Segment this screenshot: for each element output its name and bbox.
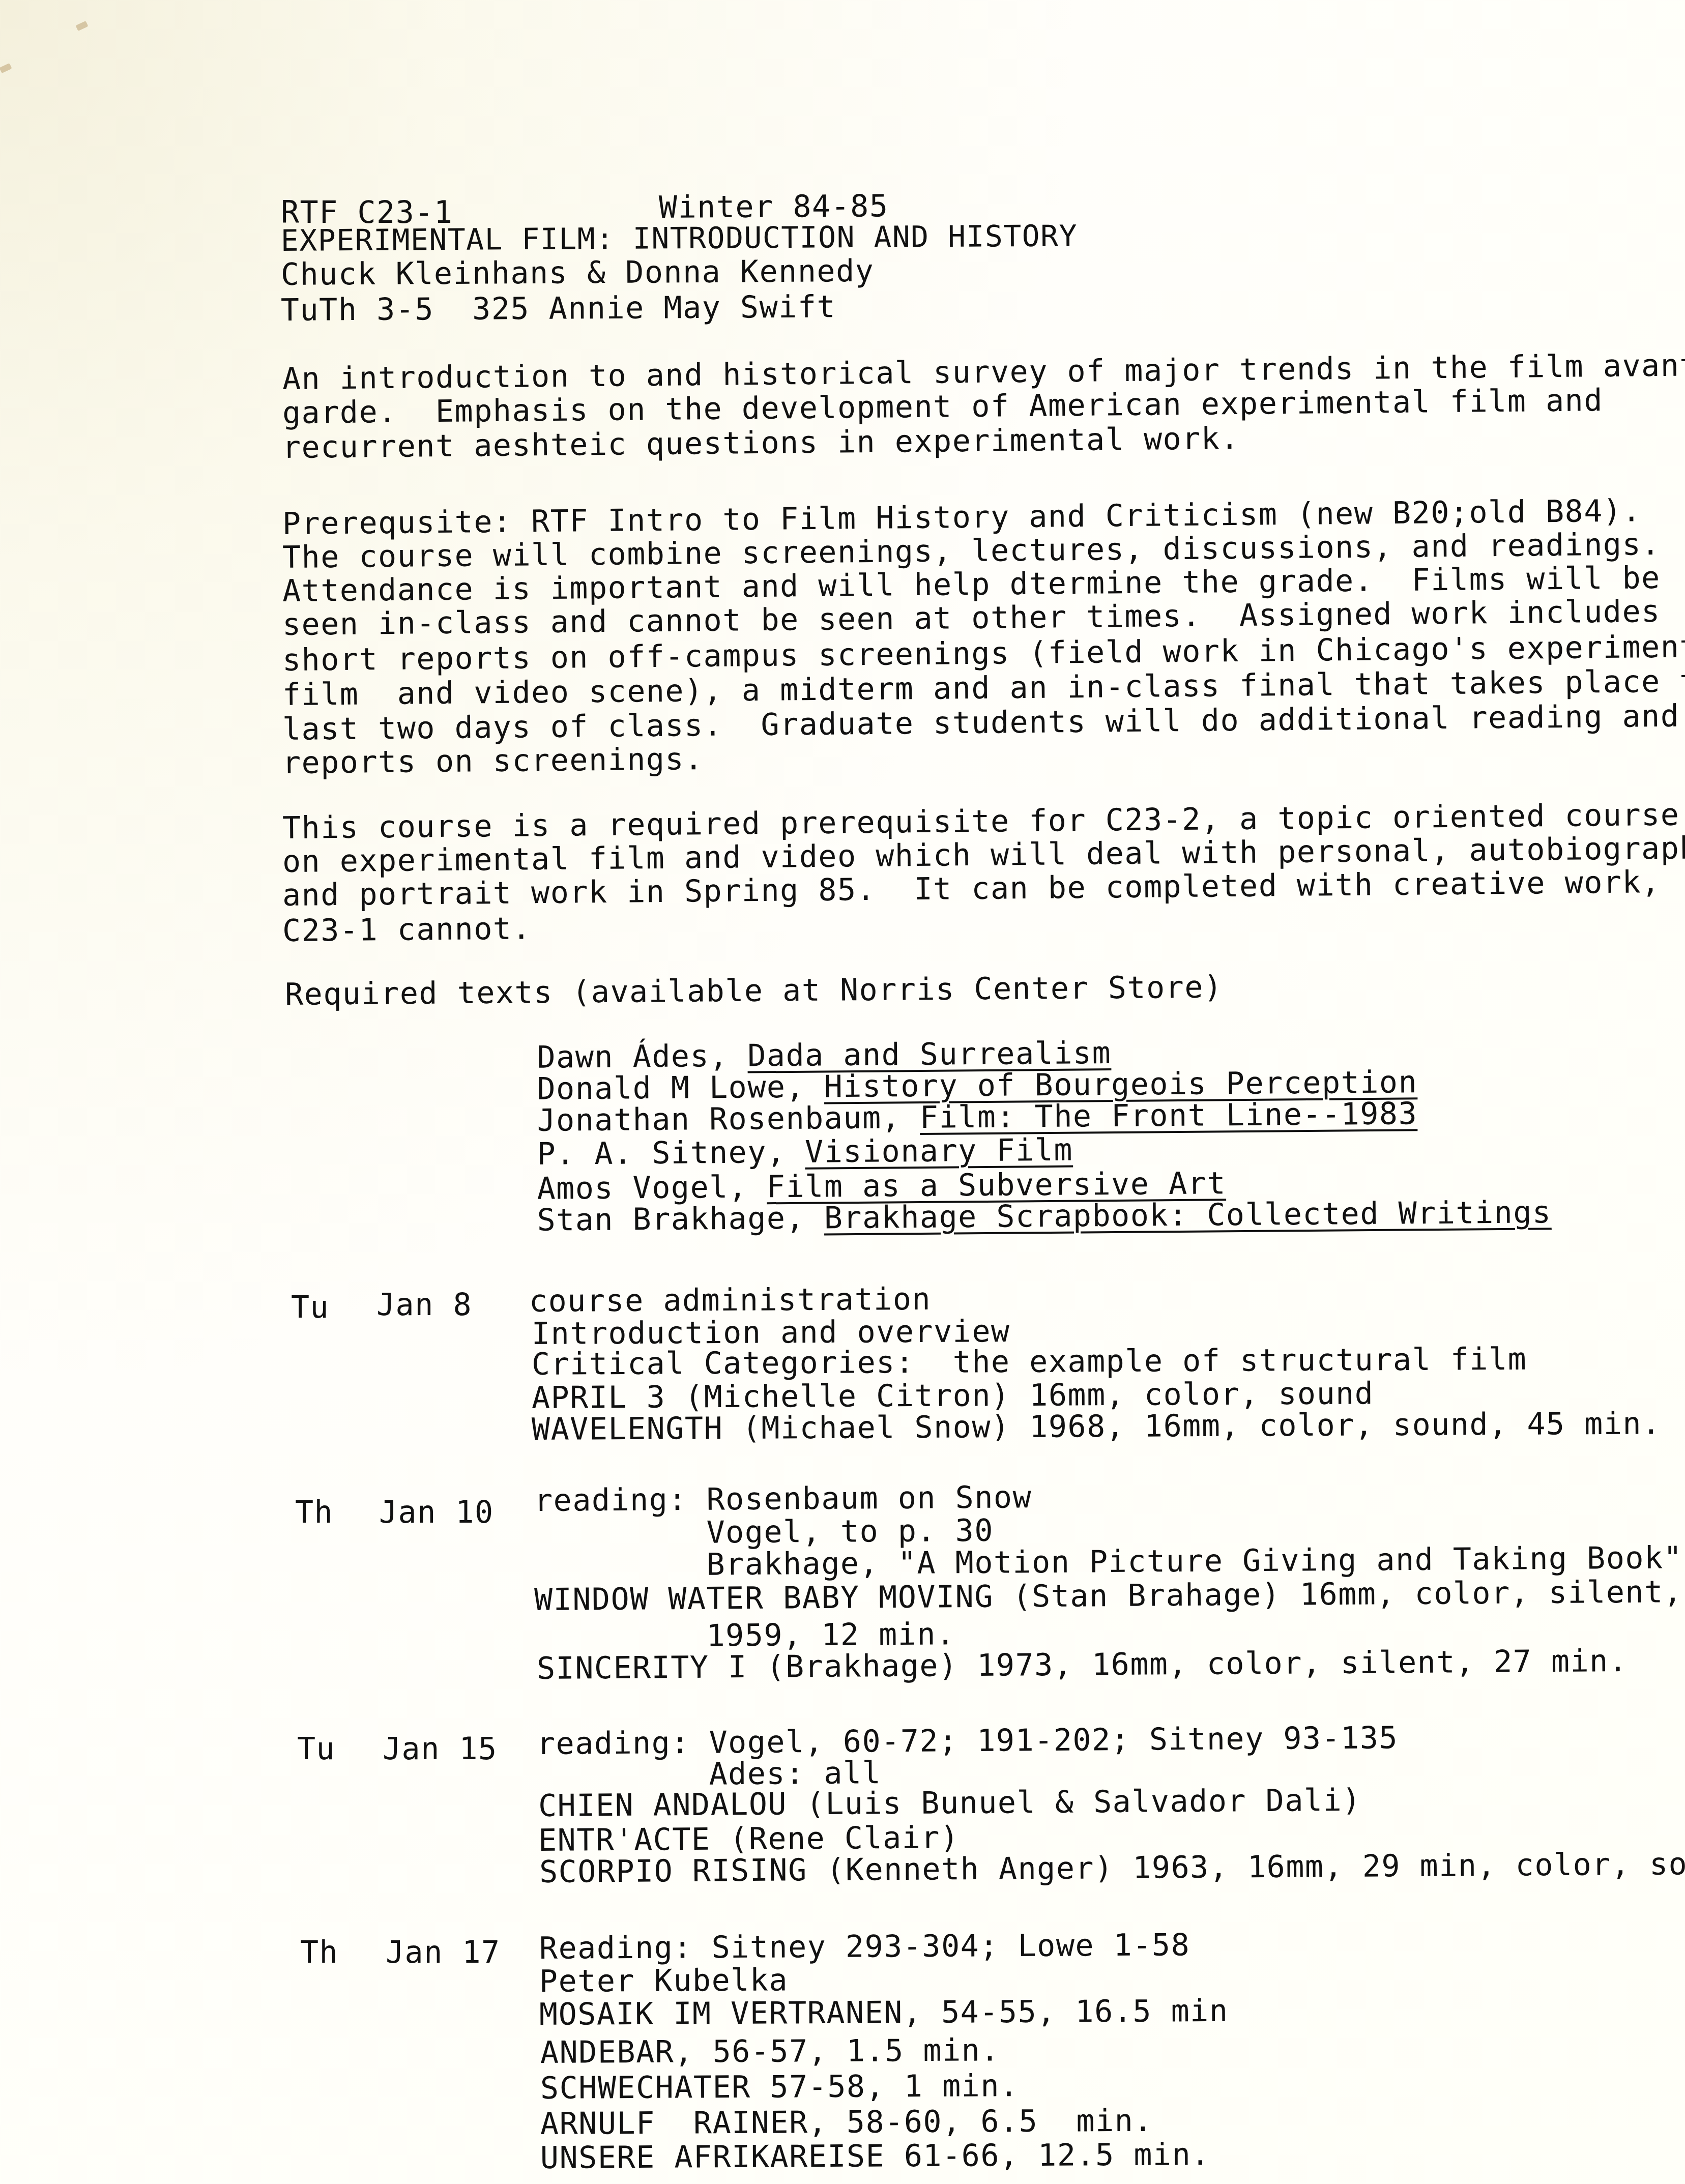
book-entry: Stan Brakhage, Brakhage Scrapbook: Colle…	[460, 1167, 1552, 1267]
followup-line: C23-1 cannot.	[282, 913, 532, 946]
session-line: SCHWECHATER 57-58, 1 min.	[540, 2071, 1019, 2104]
session-date: Jan 15	[383, 1734, 498, 1764]
session-day: Th	[300, 1937, 338, 1968]
session-day: Tu	[297, 1734, 335, 1764]
session-date: Jan 17	[386, 1937, 501, 1968]
session-line: course administration	[529, 1284, 931, 1317]
session-date: Jan 10	[379, 1497, 494, 1528]
session-day: Th	[295, 1497, 333, 1528]
session-line: ARNULF RAINER, 58-60, 6.5 min.	[540, 2106, 1153, 2139]
term: Winter 84-85	[659, 191, 889, 223]
session-date: Jan 8	[376, 1290, 472, 1320]
session-line: 1959, 12 min.	[534, 1619, 955, 1652]
description-line: recurrent aeshteic questions in experime…	[282, 423, 1240, 463]
session-line: UNSERE AFRIKAREISE 61-66, 12.5 min.	[540, 2139, 1210, 2173]
prerequisite-line: reports on screenings.	[282, 744, 704, 778]
session-line: WAVELENGTH (Michael Snow) 1968, 16mm, co…	[532, 1408, 1661, 1445]
session-line: CHIEN ANDALOU (Luis Bunuel & Salvador Da…	[538, 1785, 1361, 1821]
meeting-info: TuTh 3-5 325 Annie May Swift	[281, 292, 836, 326]
session-line: ANDEBAR, 56-57, 1.5 min.	[540, 2035, 1000, 2068]
required-texts-heading: Required texts (available at Norris Cent…	[285, 972, 1223, 1010]
session-line: Peter Kubelka	[539, 1965, 788, 1997]
instructors: Chuck Kleinhans & Donna Kennedy	[281, 256, 875, 290]
session-day: Tu	[291, 1292, 329, 1323]
course-title: EXPERIMENTAL FILM: INTRODUCTION AND HIST…	[281, 221, 1078, 255]
session-line: reading: Rosenbaum on Snow	[534, 1482, 1032, 1516]
session-line: Vogel, to p. 30	[534, 1516, 994, 1549]
book-title: Brakhage Scrapbook: Collected Writings	[824, 1195, 1552, 1236]
session-line: WINDOW WATER BABY MOVING (Stan Brahage) …	[534, 1577, 1683, 1615]
session-line: Reading: Sitney 293-304; Lowe 1-58	[539, 1930, 1190, 1964]
session-line: SINCERITY I (Brakhage) 1973, 16mm, color…	[537, 1646, 1628, 1684]
session-line: Critical Categories: the example of stru…	[532, 1344, 1527, 1380]
session-line: MOSAIK IM VERTRANEN, 54-55, 16.5 min	[539, 1996, 1229, 2030]
session-line: ENTR'ACTE (Rene Clair)	[538, 1822, 960, 1856]
session-line: SCORPIO RISING (Kenneth Anger) 1963, 16m…	[539, 1848, 1685, 1887]
session-line: reading: Vogel, 60-72; 191-202; Sitney 9…	[537, 1723, 1398, 1759]
book-author: Stan Brakhage,	[537, 1200, 824, 1238]
